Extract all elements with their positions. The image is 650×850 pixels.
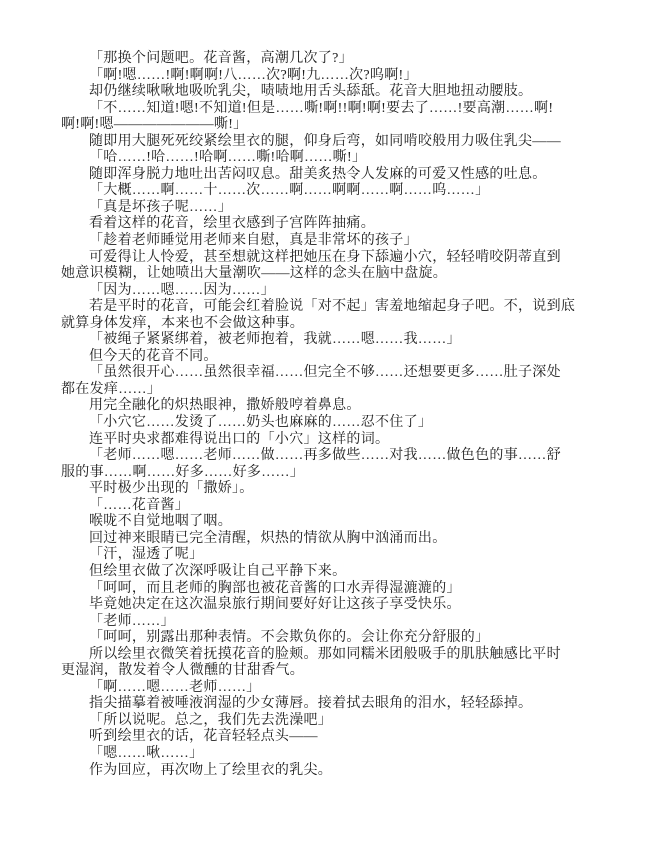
novel-text-block: 「那换个问题吧。花音酱，高潮几次了?」「啊!嗯……!啊!啊啊!八……次?啊!九…… (61, 51, 597, 779)
text-line: 用完全融化的炽热眼神，撒娇般哼着鼻息。 (61, 398, 597, 415)
text-line: 啊!啊!嗯———————嘶!」 (61, 117, 597, 134)
text-line: 平时极少出现的「撒娇」。 (61, 481, 597, 498)
text-line: 「趁着老师睡觉用老师来自慰，真是非常坏的孩子」 (61, 233, 597, 250)
text-line: 听到绘里衣的话，花音轻轻点头—— (61, 729, 597, 746)
text-line: 指尖描摹着被唾液润湿的少女薄唇。接着拭去眼角的泪水，轻轻舔掉。 (61, 696, 597, 713)
text-line: 服的事……啊……好多……好多……」 (61, 465, 597, 482)
text-line: 她意识模糊，让她喷出大量潮吹——这样的念头在脑中盘旋。 (61, 266, 597, 283)
text-line: 「呵呵，别露出那种表情。不会欺负你的。会让你充分舒服的」 (61, 630, 597, 647)
text-line: 「那换个问题吧。花音酱，高潮几次了?」 (61, 51, 597, 68)
text-line: 毕竟她决定在这次温泉旅行期间要好好让这孩子享受快乐。 (61, 597, 597, 614)
text-line: 「不……知道!嗯!不知道!但是……嘶!啊!!啊!啊!要去了……!要高潮……啊! (61, 101, 597, 118)
text-line: 「小穴它……发烫了……奶头也麻麻的……忍不住了」 (61, 415, 597, 432)
text-line: 「汗，湿透了呢」 (61, 547, 597, 564)
text-line: 「老师……」 (61, 614, 597, 631)
text-line: 「嗯……啾……」 (61, 746, 597, 763)
text-line: 却仍继续啾啾地吸吮乳尖，啧啧地用舌头舔舐。花音大胆地扭动腰肢。 (61, 84, 597, 101)
text-line: 「虽然很开心……虽然很幸福……但完全不够……还想要更多……肚子深处 (61, 365, 597, 382)
text-line: 更湿润，散发着令人微醺的甘甜香气。 (61, 663, 597, 680)
text-line: 随即用大腿死死绞紧绘里衣的腿，仰身后弯，如同啃咬般用力吸住乳尖—— (61, 134, 597, 151)
text-line: 回过神来眼睛已完全清醒，炽热的情欲从胸中汹涌而出。 (61, 531, 597, 548)
text-line: 「老师……嗯……老师……做……再多做些……对我……做色色的事……舒 (61, 448, 597, 465)
text-line: 「大概……啊……十……次……啊……啊啊……啊……呜……」 (61, 183, 597, 200)
text-line: 就算身体发痒，本来也不会做这种事。 (61, 316, 597, 333)
text-line: 若是平时的花音，可能会红着脸说「对不起」害羞地缩起身子吧。不，说到底 (61, 299, 597, 316)
text-line: 「……花音酱」 (61, 498, 597, 515)
text-line: 「所以说呢。总之，我们先去洗澡吧」 (61, 713, 597, 730)
text-line: 「哈……!哈……!哈啊……嘶!哈啊……嘶!」 (61, 150, 597, 167)
text-line: 但今天的花音不同。 (61, 349, 597, 366)
text-line: 所以绘里衣微笑着抚摸花音的脸颊。那如同糯米团般吸手的肌肤触感比平时 (61, 647, 597, 664)
text-line: 「啊……嗯……老师……」 (61, 680, 597, 697)
text-line: 连平时央求都难得说出口的「小穴」这样的词。 (61, 432, 597, 449)
text-line: 作为回应，再次吻上了绘里衣的乳尖。 (61, 763, 597, 780)
text-line: 但绘里衣做了次深呼吸让自己平静下来。 (61, 564, 597, 581)
text-line: 「被绳子紧紧绑着，被老师抱着，我就……嗯……我……」 (61, 332, 597, 349)
text-line: 「啊!嗯……!啊!啊啊!八……次?啊!九……次?呜啊!」 (61, 68, 597, 85)
text-line: 可爱得让人怜爱，甚至想就这样把她压在身下舔遍小穴，轻轻啃咬阴蒂直到 (61, 250, 597, 267)
novel-page: 「那换个问题吧。花音酱，高潮几次了?」「啊!嗯……!啊!啊啊!八……次?啊!九…… (0, 0, 650, 850)
text-line: 都在发痒……」 (61, 382, 597, 399)
text-line: 「真是坏孩子呢……」 (61, 200, 597, 217)
text-line: 「因为……嗯……因为……」 (61, 283, 597, 300)
text-line: 随即浑身脱力地吐出苦闷叹息。甜美炙热令人发麻的可爱又性感的吐息。 (61, 167, 597, 184)
text-line: 「呵呵，而且老师的胸部也被花音酱的口水弄得湿漉漉的」 (61, 581, 597, 598)
text-line: 喉咙不自觉地咽了咽。 (61, 514, 597, 531)
text-line: 看着这样的花音，绘里衣感到子宫阵阵抽痛。 (61, 216, 597, 233)
